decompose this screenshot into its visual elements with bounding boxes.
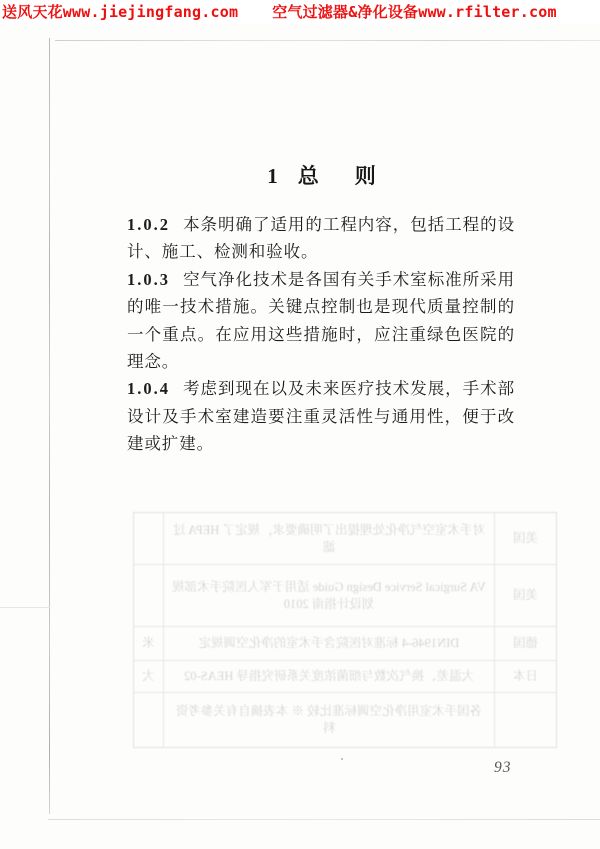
watermark-link-right: 空气过滤器&净化设备www.rfilter.com <box>272 0 557 22</box>
body-text: 1.0.2本条明确了适用的工程内容，包括工程的设计、施工、检测和验收。 1.0.… <box>127 211 515 458</box>
paragraph-1-0-2: 1.0.2本条明确了适用的工程内容，包括工程的设计、施工、检测和验收。 <box>127 211 515 266</box>
chapter-title-char2: 则 <box>355 164 376 188</box>
paragraph-1-0-3: 1.0.3空气净化技术是各国有关手术室标准所采用的唯一技术措施。关键点控制也是现… <box>127 266 515 376</box>
bleedthrough-cell: 各国手术室用净化空调标准比较 ※ 本表摘自有关参考资料 <box>164 693 494 747</box>
clause-text: 考虑到现在以及未来医疗技术发展，手术部设计及手术室建造要注重灵活性与通用性，便于… <box>127 379 515 453</box>
bleedthrough-cell: 米 <box>134 627 164 660</box>
scan-speck <box>341 758 343 760</box>
page-top-edge <box>55 40 600 41</box>
page-bottom-edge <box>48 819 600 820</box>
bleedthrough-table: 美国 对手术室空气净化处理提出了明确要求，规定了 HEPA 过滤 美国 VA S… <box>133 512 557 748</box>
chapter-number: 1 <box>267 164 278 188</box>
bleedthrough-row: 美国 对手术室空气净化处理提出了明确要求，规定了 HEPA 过滤 <box>134 513 556 565</box>
bleedthrough-cell <box>134 565 164 626</box>
bleedthrough-cell: DIN1946-4 标准对医院含手术室的净化空调规定 <box>164 627 494 660</box>
bleedthrough-cell <box>134 693 164 747</box>
page-number: 93 <box>494 759 512 777</box>
bleedthrough-row: 德国 DIN1946-4 标准对医院含手术室的净化空调规定 米 <box>134 627 556 661</box>
bleedthrough-cell: VA Surgical Service Design Guide 适用于军人医院… <box>164 565 494 626</box>
clause-text: 本条明确了适用的工程内容，包括工程的设计、施工、检测和验收。 <box>127 215 515 261</box>
clause-number: 1.0.3 <box>127 270 170 289</box>
scan-artifact-line <box>0 607 50 608</box>
bleedthrough-cell <box>134 513 164 564</box>
bleedthrough-row: 美国 VA Surgical Service Design Guide 适用于军… <box>134 565 556 627</box>
clause-number: 1.0.4 <box>127 379 170 398</box>
watermark-link-left: 送风天花www.jiejingfang.com <box>2 0 238 22</box>
chapter-title: 1总则 <box>128 160 515 190</box>
page-binding-edge <box>49 38 50 814</box>
chapter-title-char1: 总 <box>298 164 319 188</box>
bleedthrough-row: 各国手术室用净化空调标准比较 ※ 本表摘自有关参考资料 <box>134 693 556 747</box>
bleedthrough-row: 日本 大温差、换气次数与细菌浓度关系研究指导 HEAS-02 大 <box>134 661 556 693</box>
bleedthrough-cell <box>494 693 556 747</box>
bleedthrough-cell: 美国 <box>494 565 556 626</box>
clause-number: 1.0.2 <box>127 215 170 234</box>
bleedthrough-cell: 日本 <box>494 661 556 692</box>
bleedthrough-cell: 大温差、换气次数与细菌浓度关系研究指导 HEAS-02 <box>164 661 494 692</box>
bleedthrough-cell: 对手术室空气净化处理提出了明确要求，规定了 HEPA 过滤 <box>164 513 494 564</box>
watermark-header: 送风天花www.jiejingfang.com 空气过滤器&净化设备www.rf… <box>0 0 600 24</box>
bleedthrough-cell: 德国 <box>494 627 556 660</box>
paragraph-1-0-4: 1.0.4考虑到现在以及未来医疗技术发展，手术部设计及手术室建造要注重灵活性与通… <box>127 375 515 457</box>
bleedthrough-cell: 美国 <box>494 513 556 564</box>
clause-text: 空气净化技术是各国有关手术室标准所采用的唯一技术措施。关键点控制也是现代质量控制… <box>127 270 515 371</box>
bleedthrough-cell: 大 <box>134 661 164 692</box>
